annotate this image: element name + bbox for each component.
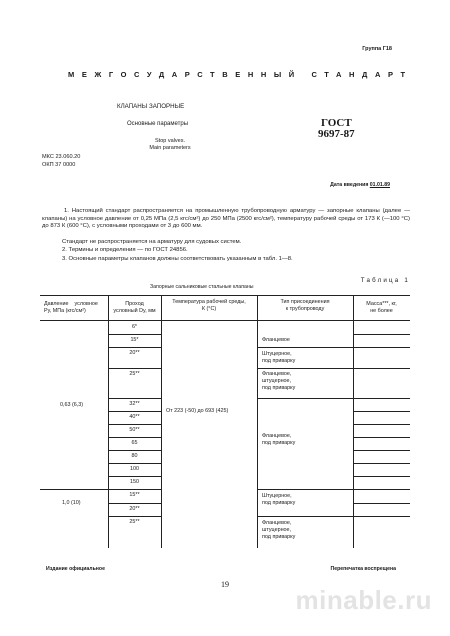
bore-value: 150 <box>108 479 161 486</box>
official-edition-note: Издание официальное <box>46 566 105 572</box>
header-mass: Масса***, кг, не более <box>353 301 410 315</box>
classification-codes: МКС 23.060.20 ОКП 37 0000 <box>42 154 80 169</box>
row-line <box>257 516 410 517</box>
paragraph-1b: Стандарт не распространяется на арматуру… <box>62 239 412 247</box>
row-line <box>257 347 410 348</box>
pressure-value: 0,63 (6,3) <box>60 402 83 409</box>
header-bore-line1: Проход <box>108 301 161 308</box>
connection-line: Фланцевое, <box>262 371 295 378</box>
header-divider <box>40 320 410 321</box>
row-line <box>108 411 161 412</box>
bore-value: 6* <box>108 324 161 331</box>
bore-value: 15* <box>108 337 161 344</box>
row-line <box>257 368 410 369</box>
connection-type: Фланцевое, штуцерное, под приварку <box>262 520 295 540</box>
title-en-line1: Stop valves. <box>140 138 200 145</box>
reprint-prohibited-note: Перепечатка воспрещена <box>331 566 397 572</box>
connection-line: штуцерное, <box>262 378 295 385</box>
temperature-range: От 223 (-50) до 693 (425) <box>166 408 228 415</box>
row-line <box>257 398 410 399</box>
header-pressure-line1: Давление условное <box>44 301 106 308</box>
col-divider-3 <box>257 295 258 548</box>
connection-line: под приварку <box>262 440 295 447</box>
col-divider-4 <box>353 295 354 548</box>
header-temperature: Температура рабочей среды, К (°С) <box>161 299 257 313</box>
bore-value: 25** <box>108 371 161 378</box>
connection-line: под приварку <box>262 358 295 365</box>
connection-line: Штуцерное, <box>262 493 295 500</box>
group-code: Группа Г18 <box>362 46 392 52</box>
row-line <box>353 437 410 438</box>
row-line <box>257 489 410 490</box>
date-value: 01.01.89 <box>370 182 390 188</box>
row-line <box>108 347 161 348</box>
row-line <box>108 516 161 517</box>
bore-value: 80 <box>108 453 161 460</box>
date-label: Дата введения <box>330 182 368 188</box>
connection-type: Штуцерное, под приварку <box>262 351 295 365</box>
row-line <box>108 398 161 399</box>
header-conn-line2: к трубопроводу <box>257 306 353 313</box>
bore-value: 20** <box>108 506 161 513</box>
header-conn-line1: Тип присоединения <box>257 299 353 306</box>
bore-value: 25** <box>108 519 161 526</box>
watermark: minable.ru <box>296 585 432 616</box>
bore-value: 40** <box>108 414 161 421</box>
header-temp-line1: Температура рабочей среды, <box>161 299 257 306</box>
header-bore-line2: условный Dу, мм <box>108 308 161 315</box>
pressure-group-divider <box>40 489 161 490</box>
connection-line: Фланцевое, <box>262 520 295 527</box>
header-pressure: Давление условное Pу, МПа (кгс/см²) <box>44 301 106 315</box>
bore-value: 20** <box>108 350 161 357</box>
row-line <box>108 450 161 451</box>
header-pressure-line2: Pу, МПа (кгс/см²) <box>44 308 106 315</box>
row-line <box>108 463 161 464</box>
effective-date: Дата введения 01.01.89 <box>330 182 390 188</box>
bore-value: 32** <box>108 401 161 408</box>
mks-code: МКС 23.060.20 <box>42 154 80 162</box>
subtitle-ru: Основные параметры <box>127 121 188 127</box>
connection-type: Фланцевое, под приварку <box>262 433 295 447</box>
header-mass-line2: не более <box>353 308 410 315</box>
connection-type: Фланцевое, штуцерное, под приварку <box>262 371 295 391</box>
gost-number: 9697-87 <box>318 129 355 140</box>
header-connection: Тип присоединения к трубопроводу <box>257 299 353 313</box>
bore-value: 65 <box>108 440 161 447</box>
row-line <box>353 463 410 464</box>
connection-line: под приварку <box>262 385 295 392</box>
table-title: Запорные сальниковые стальные клапаны <box>150 284 253 290</box>
paragraph-1: 1. Настоящий стандарт распространяется н… <box>42 208 410 231</box>
connection-type: Фланцевое <box>262 337 290 344</box>
row-line <box>353 411 410 412</box>
row-line <box>108 368 161 369</box>
connection-line: под приварку <box>262 534 295 541</box>
row-line <box>108 334 161 335</box>
connection-type: Штуцерное, под приварку <box>262 493 295 507</box>
standard-type-heading: МЕЖГОСУДАРСТВЕННЫЙ СТАНДАРТ <box>68 70 400 79</box>
row-line <box>108 424 161 425</box>
col-divider-2 <box>161 295 162 548</box>
row-line <box>108 503 161 504</box>
okp-code: ОКП 37 0000 <box>42 162 80 170</box>
title-ru: КЛАПАНЫ ЗАПОРНЫЕ <box>117 103 184 110</box>
paragraph-3: 3. Основные параметры клапанов должны со… <box>62 256 412 264</box>
row-line <box>353 424 410 425</box>
bore-value: 50** <box>108 427 161 434</box>
title-en-line2: Main parameters <box>140 145 200 152</box>
row-line <box>353 476 410 477</box>
row-line <box>353 503 410 504</box>
header-mass-line1: Масса***, кг, <box>353 301 410 308</box>
connection-line: Штуцерное, <box>262 351 295 358</box>
connection-line: штуцерное, <box>262 527 295 534</box>
paragraph-2: 2. Термины и определения — по ГОСТ 24856… <box>62 247 412 255</box>
title-en: Stop valves. Main parameters <box>140 138 200 152</box>
connection-line: под приварку <box>262 500 295 507</box>
pressure-value: 1,0 (10) <box>62 500 81 507</box>
row-line <box>353 334 410 335</box>
connection-line: Фланцевое, <box>262 433 295 440</box>
header-bore: Проход условный Dу, мм <box>108 301 161 315</box>
row-line <box>108 476 161 477</box>
row-line <box>353 450 410 451</box>
table-border-top <box>40 295 410 296</box>
bore-value: 100 <box>108 466 161 473</box>
table-label: Таблица 1 <box>361 277 410 284</box>
row-line <box>108 437 161 438</box>
gost-designation: ГОСТ 9697-87 <box>318 118 355 140</box>
bore-value: 15** <box>108 492 161 499</box>
header-temp-line2: К (°С) <box>161 306 257 313</box>
